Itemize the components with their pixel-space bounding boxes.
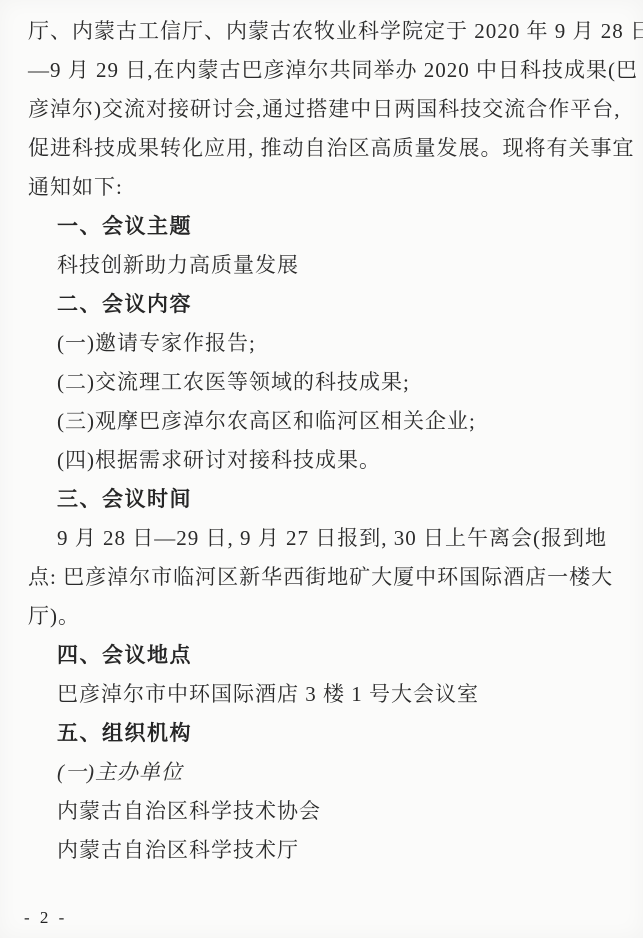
text-line: 科技创新助力高质量发展 (28, 246, 625, 285)
section-heading-line: 三、会议时间 (28, 480, 625, 519)
text-line: 内蒙古自治区科学技术协会 (28, 792, 625, 831)
text-line: 巴彦淖尔市中环国际酒店 3 楼 1 号大会议室 (28, 675, 625, 714)
text-line: (一)主办单位 (28, 753, 625, 792)
text-line: 通知如下: (28, 168, 625, 207)
text-line: 9 月 28 日—29 日, 9 月 27 日报到, 30 日上午离会(报到地 (28, 519, 625, 558)
text-line: 促进科技成果转化应用, 推动自治区高质量发展。现将有关事宜 (28, 129, 625, 168)
text-line: 厅、内蒙古工信厅、内蒙古农牧业科学院定于 2020 年 9 月 28 日 (28, 12, 625, 51)
section-heading-line: 五、组织机构 (28, 714, 625, 753)
section-heading-line: 四、会议地点 (28, 636, 625, 675)
document-page: 厅、内蒙古工信厅、内蒙古农牧业科学院定于 2020 年 9 月 28 日—9 月… (0, 0, 643, 938)
text-line: —9 月 29 日,在内蒙古巴彦淖尔共同举办 2020 中日科技成果(巴 (28, 51, 625, 90)
text-line: (三)观摩巴彦淖尔农高区和临河区相关企业; (28, 402, 625, 441)
text-line: 厅)。 (28, 597, 625, 636)
text-line: 彦淖尔)交流对接研讨会,通过搭建中日两国科技交流合作平台, (28, 90, 625, 129)
text-line: 内蒙古自治区科学技术厅 (28, 831, 625, 870)
section-heading-line: 一、会议主题 (28, 207, 625, 246)
section-heading-line: 二、会议内容 (28, 285, 625, 324)
text-line: 点: 巴彦淖尔市临河区新华西街地矿大厦中环国际酒店一楼大 (28, 558, 625, 597)
page-number: - 2 - (24, 908, 67, 928)
text-line: (四)根据需求研讨对接科技成果。 (28, 441, 625, 480)
text-line: (一)邀请专家作报告; (28, 324, 625, 363)
text-line: (二)交流理工农医等领域的科技成果; (28, 363, 625, 402)
document-body: 厅、内蒙古工信厅、内蒙古农牧业科学院定于 2020 年 9 月 28 日—9 月… (28, 12, 625, 870)
